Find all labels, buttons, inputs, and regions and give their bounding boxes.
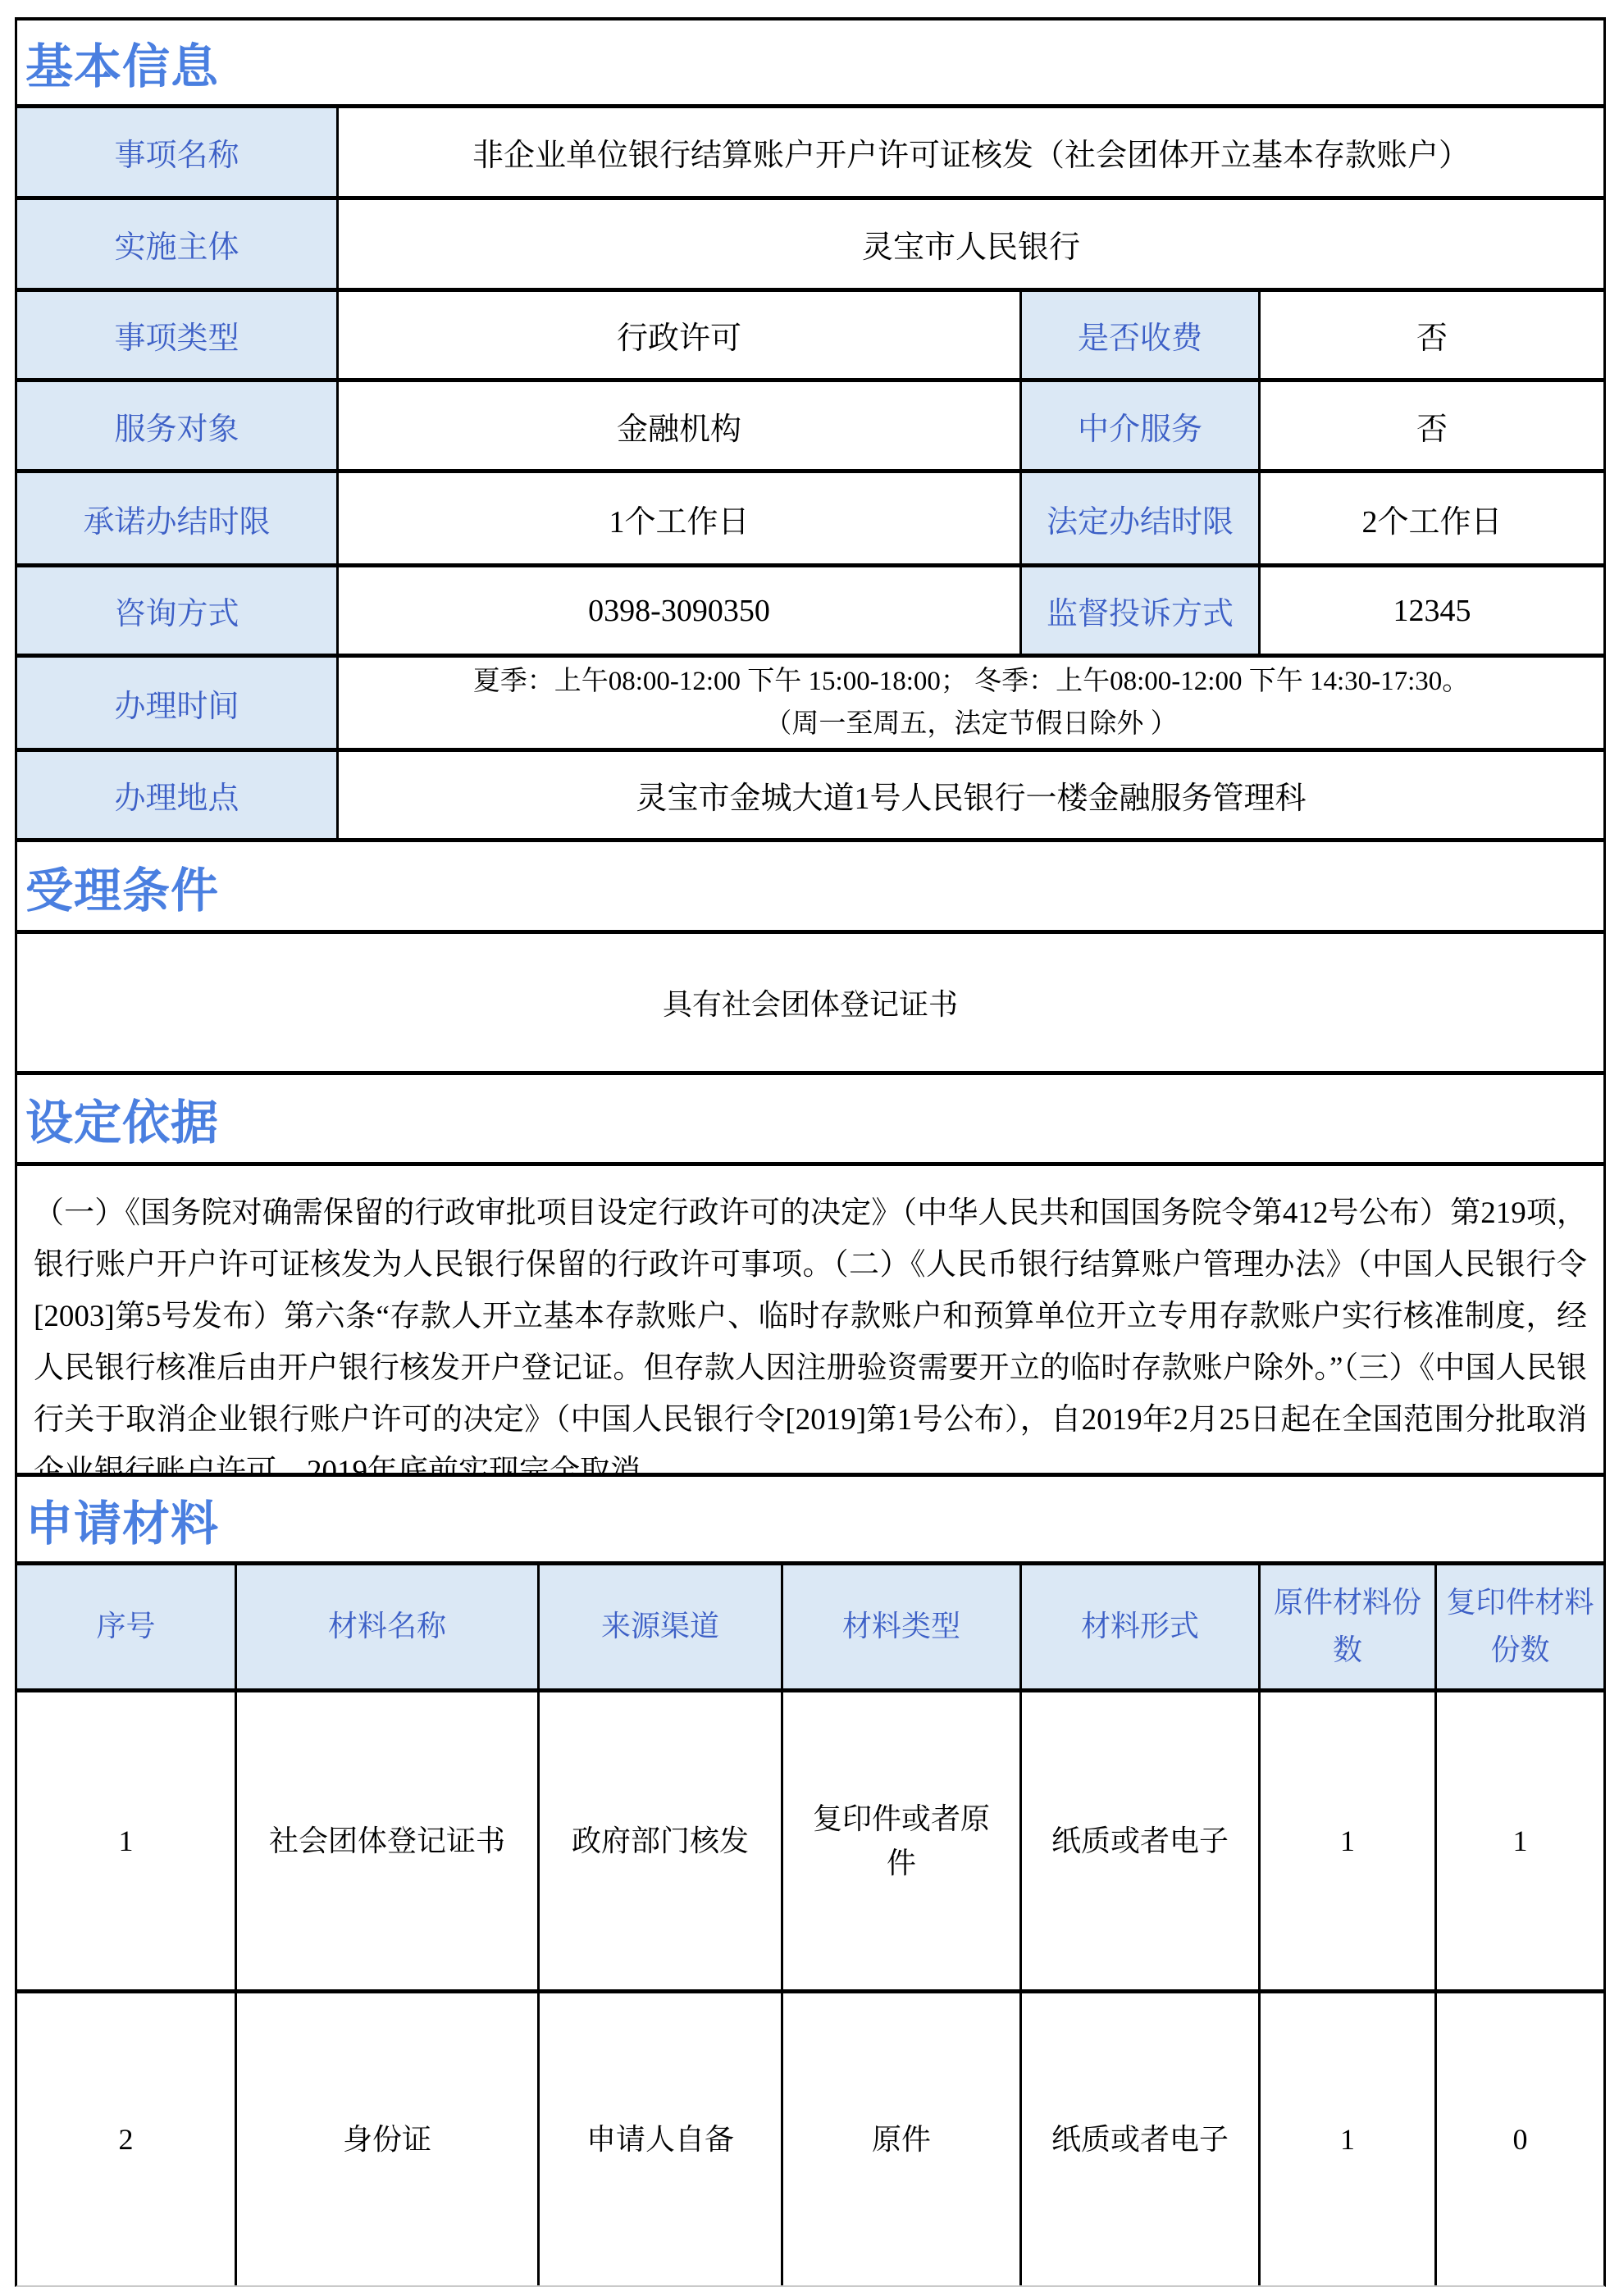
service-info-table: 基本信息 事项名称 非企业单位银行结算账户开户许可证核发（社会团体开立基本存款账… — [15, 17, 1606, 2287]
field-label: 办理时间 — [17, 658, 339, 748]
row-office-hours: 办理时间 夏季：上午08:00-12:00 下午 15:00-18:00； 冬季… — [17, 658, 1603, 752]
column-header: 复印件材料份数 — [1437, 1565, 1603, 1688]
field-value: 灵宝市人民银行 — [339, 200, 1603, 288]
field-value: 0398-3090350 — [339, 567, 1022, 654]
column-header: 材料名称 — [237, 1565, 540, 1688]
column-header: 序号 — [17, 1565, 237, 1688]
cell-source-channel: 政府部门核发 — [540, 1692, 783, 1989]
field-label: 办理地点 — [17, 752, 339, 838]
table-row: 2 身份证 申请人自备 原件 纸质或者电子 1 0 — [17, 1993, 1603, 2285]
field-label: 咨询方式 — [17, 567, 339, 654]
cell-material-type: 原件 — [783, 1993, 1022, 2285]
field-value: 否 — [1261, 382, 1603, 469]
field-label: 法定办结时限 — [1022, 473, 1261, 563]
row-item-type: 事项类型 行政许可 是否收费 否 — [17, 292, 1603, 382]
field-label: 中介服务 — [1022, 382, 1261, 469]
column-header: 原件材料份数 — [1261, 1565, 1437, 1688]
section-title-application-materials: 申请材料 — [17, 1477, 1603, 1565]
cell-seq-no: 2 — [17, 1993, 237, 2285]
row-consultation-method: 咨询方式 0398-3090350 监督投诉方式 12345 — [17, 567, 1603, 658]
row-implementing-body: 实施主体 灵宝市人民银行 — [17, 200, 1603, 292]
field-label: 实施主体 — [17, 200, 339, 288]
cell-material-name: 社会团体登记证书 — [237, 1692, 540, 1989]
field-value: 12345 — [1261, 567, 1603, 654]
row-promised-time-limit: 承诺办结时限 1个工作日 法定办结时限 2个工作日 — [17, 473, 1603, 567]
field-value: 金融机构 — [339, 382, 1022, 469]
cell-photocopy-copies: 0 — [1437, 1993, 1603, 2285]
field-value: 非企业单位银行结算账户开户许可证核发（社会团体开立基本存款账户） — [339, 108, 1603, 196]
row-service-target: 服务对象 金融机构 中介服务 否 — [17, 382, 1603, 473]
section-title-acceptance-conditions: 受理条件 — [17, 842, 1603, 934]
field-label: 监督投诉方式 — [1022, 567, 1261, 654]
legal-basis-content: （一）《国务院对确需保留的行政审批项目设定行政许可的决定》（中华人民共和国国务院… — [17, 1166, 1603, 1477]
table-row: 1 社会团体登记证书 政府部门核发 复印件或者原件 纸质或者电子 1 1 — [17, 1692, 1603, 1993]
cell-photocopy-copies: 1 — [1437, 1692, 1603, 1989]
acceptance-conditions-content: 具有社会团体登记证书 — [17, 934, 1603, 1075]
field-label: 事项名称 — [17, 108, 339, 196]
cell-original-copies: 1 — [1261, 1993, 1437, 2285]
cell-original-copies: 1 — [1261, 1692, 1437, 1989]
field-value: 夏季：上午08:00-12:00 下午 15:00-18:00； 冬季：上午08… — [339, 658, 1603, 748]
field-value: 行政许可 — [339, 292, 1022, 378]
document-page: 基本信息 事项名称 非企业单位银行结算账户开户许可证核发（社会团体开立基本存款账… — [0, 0, 1619, 2296]
column-header: 材料类型 — [783, 1565, 1022, 1688]
cell-material-form: 纸质或者电子 — [1022, 1993, 1261, 2285]
row-item-name: 事项名称 非企业单位银行结算账户开户许可证核发（社会团体开立基本存款账户） — [17, 108, 1603, 200]
field-label: 服务对象 — [17, 382, 339, 469]
column-header: 来源渠道 — [540, 1565, 783, 1688]
cell-material-name: 身份证 — [237, 1993, 540, 2285]
section-title-text: 申请材料 — [25, 1485, 219, 1554]
field-label: 承诺办结时限 — [17, 473, 339, 563]
section-title-text: 设定依据 — [25, 1084, 219, 1153]
section-title-text: 受理条件 — [25, 852, 219, 921]
materials-header-row: 序号 材料名称 来源渠道 材料类型 材料形式 原件材料份数 复印件材料份数 — [17, 1565, 1603, 1692]
section-title-legal-basis: 设定依据 — [17, 1075, 1603, 1166]
section-title-text: 基本信息 — [25, 28, 219, 97]
row-office-location: 办理地点 灵宝市金城大道1号人民银行一楼金融服务管理科 — [17, 752, 1603, 842]
field-value: 2个工作日 — [1261, 473, 1603, 563]
cell-material-type: 复印件或者原件 — [783, 1692, 1022, 1989]
field-value: 灵宝市金城大道1号人民银行一楼金融服务管理科 — [339, 752, 1603, 838]
field-value: 1个工作日 — [339, 473, 1022, 563]
cell-source-channel: 申请人自备 — [540, 1993, 783, 2285]
section-title-basic-info: 基本信息 — [17, 20, 1603, 108]
field-label: 事项类型 — [17, 292, 339, 378]
field-label: 是否收费 — [1022, 292, 1261, 378]
cell-material-form: 纸质或者电子 — [1022, 1692, 1261, 1989]
field-value: 否 — [1261, 292, 1603, 378]
column-header: 材料形式 — [1022, 1565, 1261, 1688]
cell-seq-no: 1 — [17, 1692, 237, 1989]
